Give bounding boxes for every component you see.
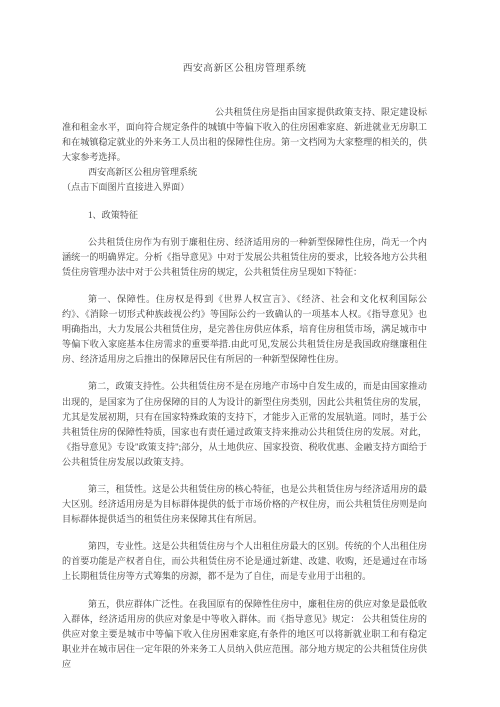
intro-paragraph: 公共租赁住房是指由国家提供政策支持、限定建设标准和租金水平，面向符合规定条件的城… <box>62 105 427 165</box>
document-title: 西安高新区公租房管理系统 <box>62 61 427 76</box>
paragraph-feature-1: 第一、保障性。住房权是得到《世界人权宣言》、《经济、社会和文化权利国际公约》、《… <box>62 292 427 367</box>
entry-note-line: （点击下面图片直接进入界面） <box>62 180 427 195</box>
paragraph-feature-3: 第三，租赁性。这是公共租赁住房的核心特征，也是公共租赁住房与经济适用房的最大区别… <box>62 482 427 527</box>
paragraph-feature-5: 第五，供应群体广泛性。在我国原有的保障性住房中，廉租住房的供应对象是最低收入群体… <box>62 597 427 672</box>
subtitle-line: 西安高新区公租房管理系统 <box>62 165 427 180</box>
paragraph-feature-2: 第二，政策支持性。公共租赁住房不是在房地产市场中自发生成的，而是由国家推动出现的… <box>62 379 427 470</box>
document-page: 西安高新区公租房管理系统 公共租赁住房是指由国家提供政策支持、限定建设标准和租金… <box>0 0 500 707</box>
paragraph-overview: 公共租赁住房作为有别于廉租住房、经济适用房的一种新型保障性住房，尚无一个内涵统一… <box>62 235 427 280</box>
section-heading: 1、政策特征 <box>62 208 427 223</box>
paragraph-feature-4: 第四，专业性。这是公共租赁住房与个人出租住房最大的区别。传统的个人出租住房的首要… <box>62 539 427 584</box>
